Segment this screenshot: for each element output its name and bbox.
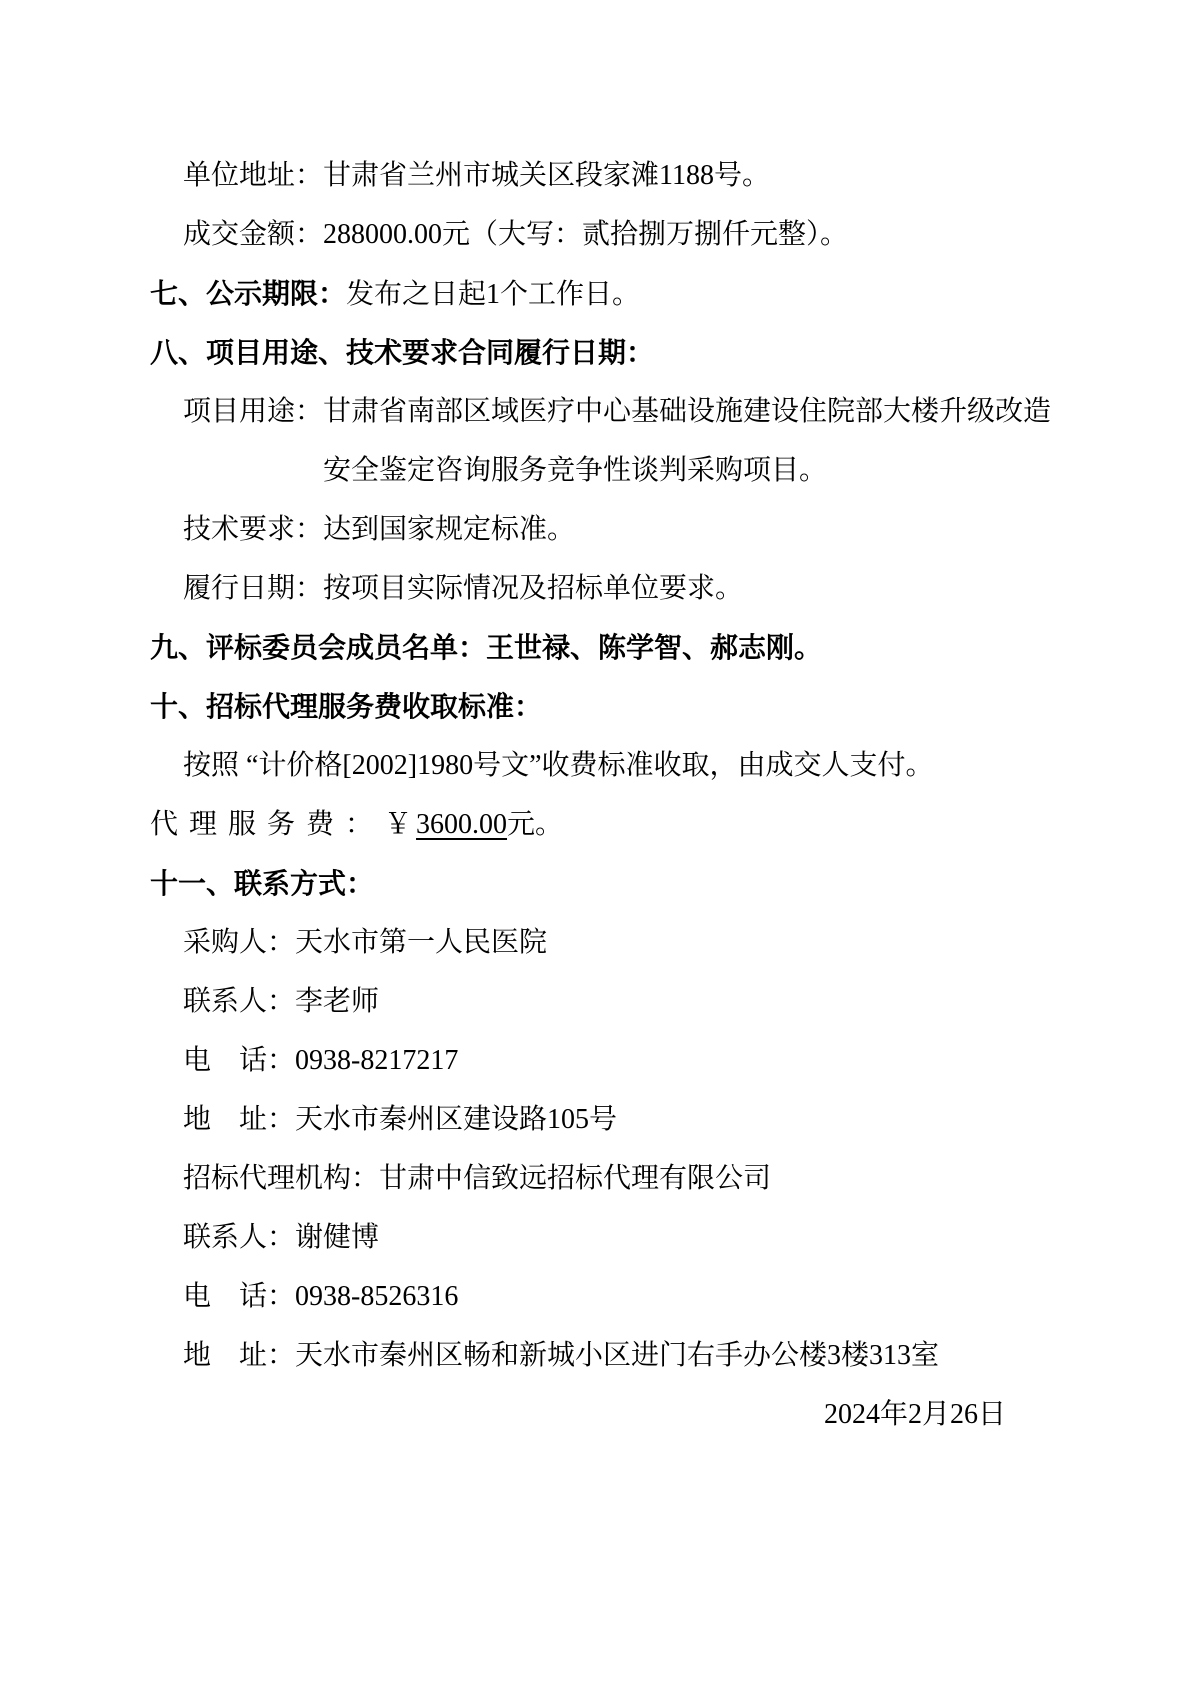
section-8-heading: 八、项目用途、技术要求合同履行日期： [150,323,1051,382]
document-page: 单位地址：甘肃省兰州市城关区段家滩1188号。 成交金额：288000.00元（… [0,0,1191,1684]
tech-requirement-line: 技术要求：达到国家规定标准。 [150,500,1051,559]
address-1-line: 地 址：天水市秦州区建设路105号 [150,1090,1051,1149]
deal-amount-line: 成交金额：288000.00元（大写：贰拾捌万捌仟元整）。 [150,205,1051,264]
performance-date-line: 履行日期：按项目实际情况及招标单位要求。 [150,559,1051,618]
phone-2-line: 电 话：0938-8526316 [150,1267,1051,1326]
agency-fee-line: 代理服务费：￥3600.00元。 [150,795,1051,854]
section-11-heading: 十一、联系方式： [150,854,1051,913]
currency-symbol: ￥ [384,809,416,840]
document-date: 2024年2月26日 [150,1385,1051,1444]
section-10-heading: 十、招标代理服务费收取标准： [150,677,1051,736]
section-9-heading: 九、评标委员会成员名单：王世禄、陈学智、郝志刚。 [150,618,1051,677]
unit-address-line: 单位地址：甘肃省兰州市城关区段家滩1188号。 [150,146,1051,205]
section-7-line: 七、公示期限：发布之日起1个工作日。 [150,264,1051,323]
contact-person-1-line: 联系人：李老师 [150,972,1051,1031]
agency-line: 招标代理机构：甘肃中信致远招标代理有限公司 [150,1149,1051,1208]
project-use-line-1: 项目用途：甘肃省南部区域医疗中心基础设施建设住院部大楼升级改造 [150,382,1051,441]
agency-fee-suffix: 元。 [507,809,563,840]
fee-basis-line: 按照 “计价格[2002]1980号文”收费标准收取，由成交人支付。 [150,736,1051,795]
purchaser-line: 采购人：天水市第一人民医院 [150,913,1051,972]
agency-fee-label: 代理服务费： [150,809,384,840]
project-use-line-2: 安全鉴定咨询服务竞争性谈判采购项目。 [150,441,1051,500]
contact-person-2-line: 联系人：谢健博 [150,1208,1051,1267]
section-7-label: 七、公示期限： [150,278,346,309]
phone-1-line: 电 话：0938-8217217 [150,1031,1051,1090]
agency-fee-amount: 3600.00 [416,809,507,840]
address-2-line: 地 址：天水市秦州区畅和新城小区进门右手办公楼3楼313室 [150,1326,1051,1385]
section-7-text: 发布之日起1个工作日。 [346,279,640,310]
